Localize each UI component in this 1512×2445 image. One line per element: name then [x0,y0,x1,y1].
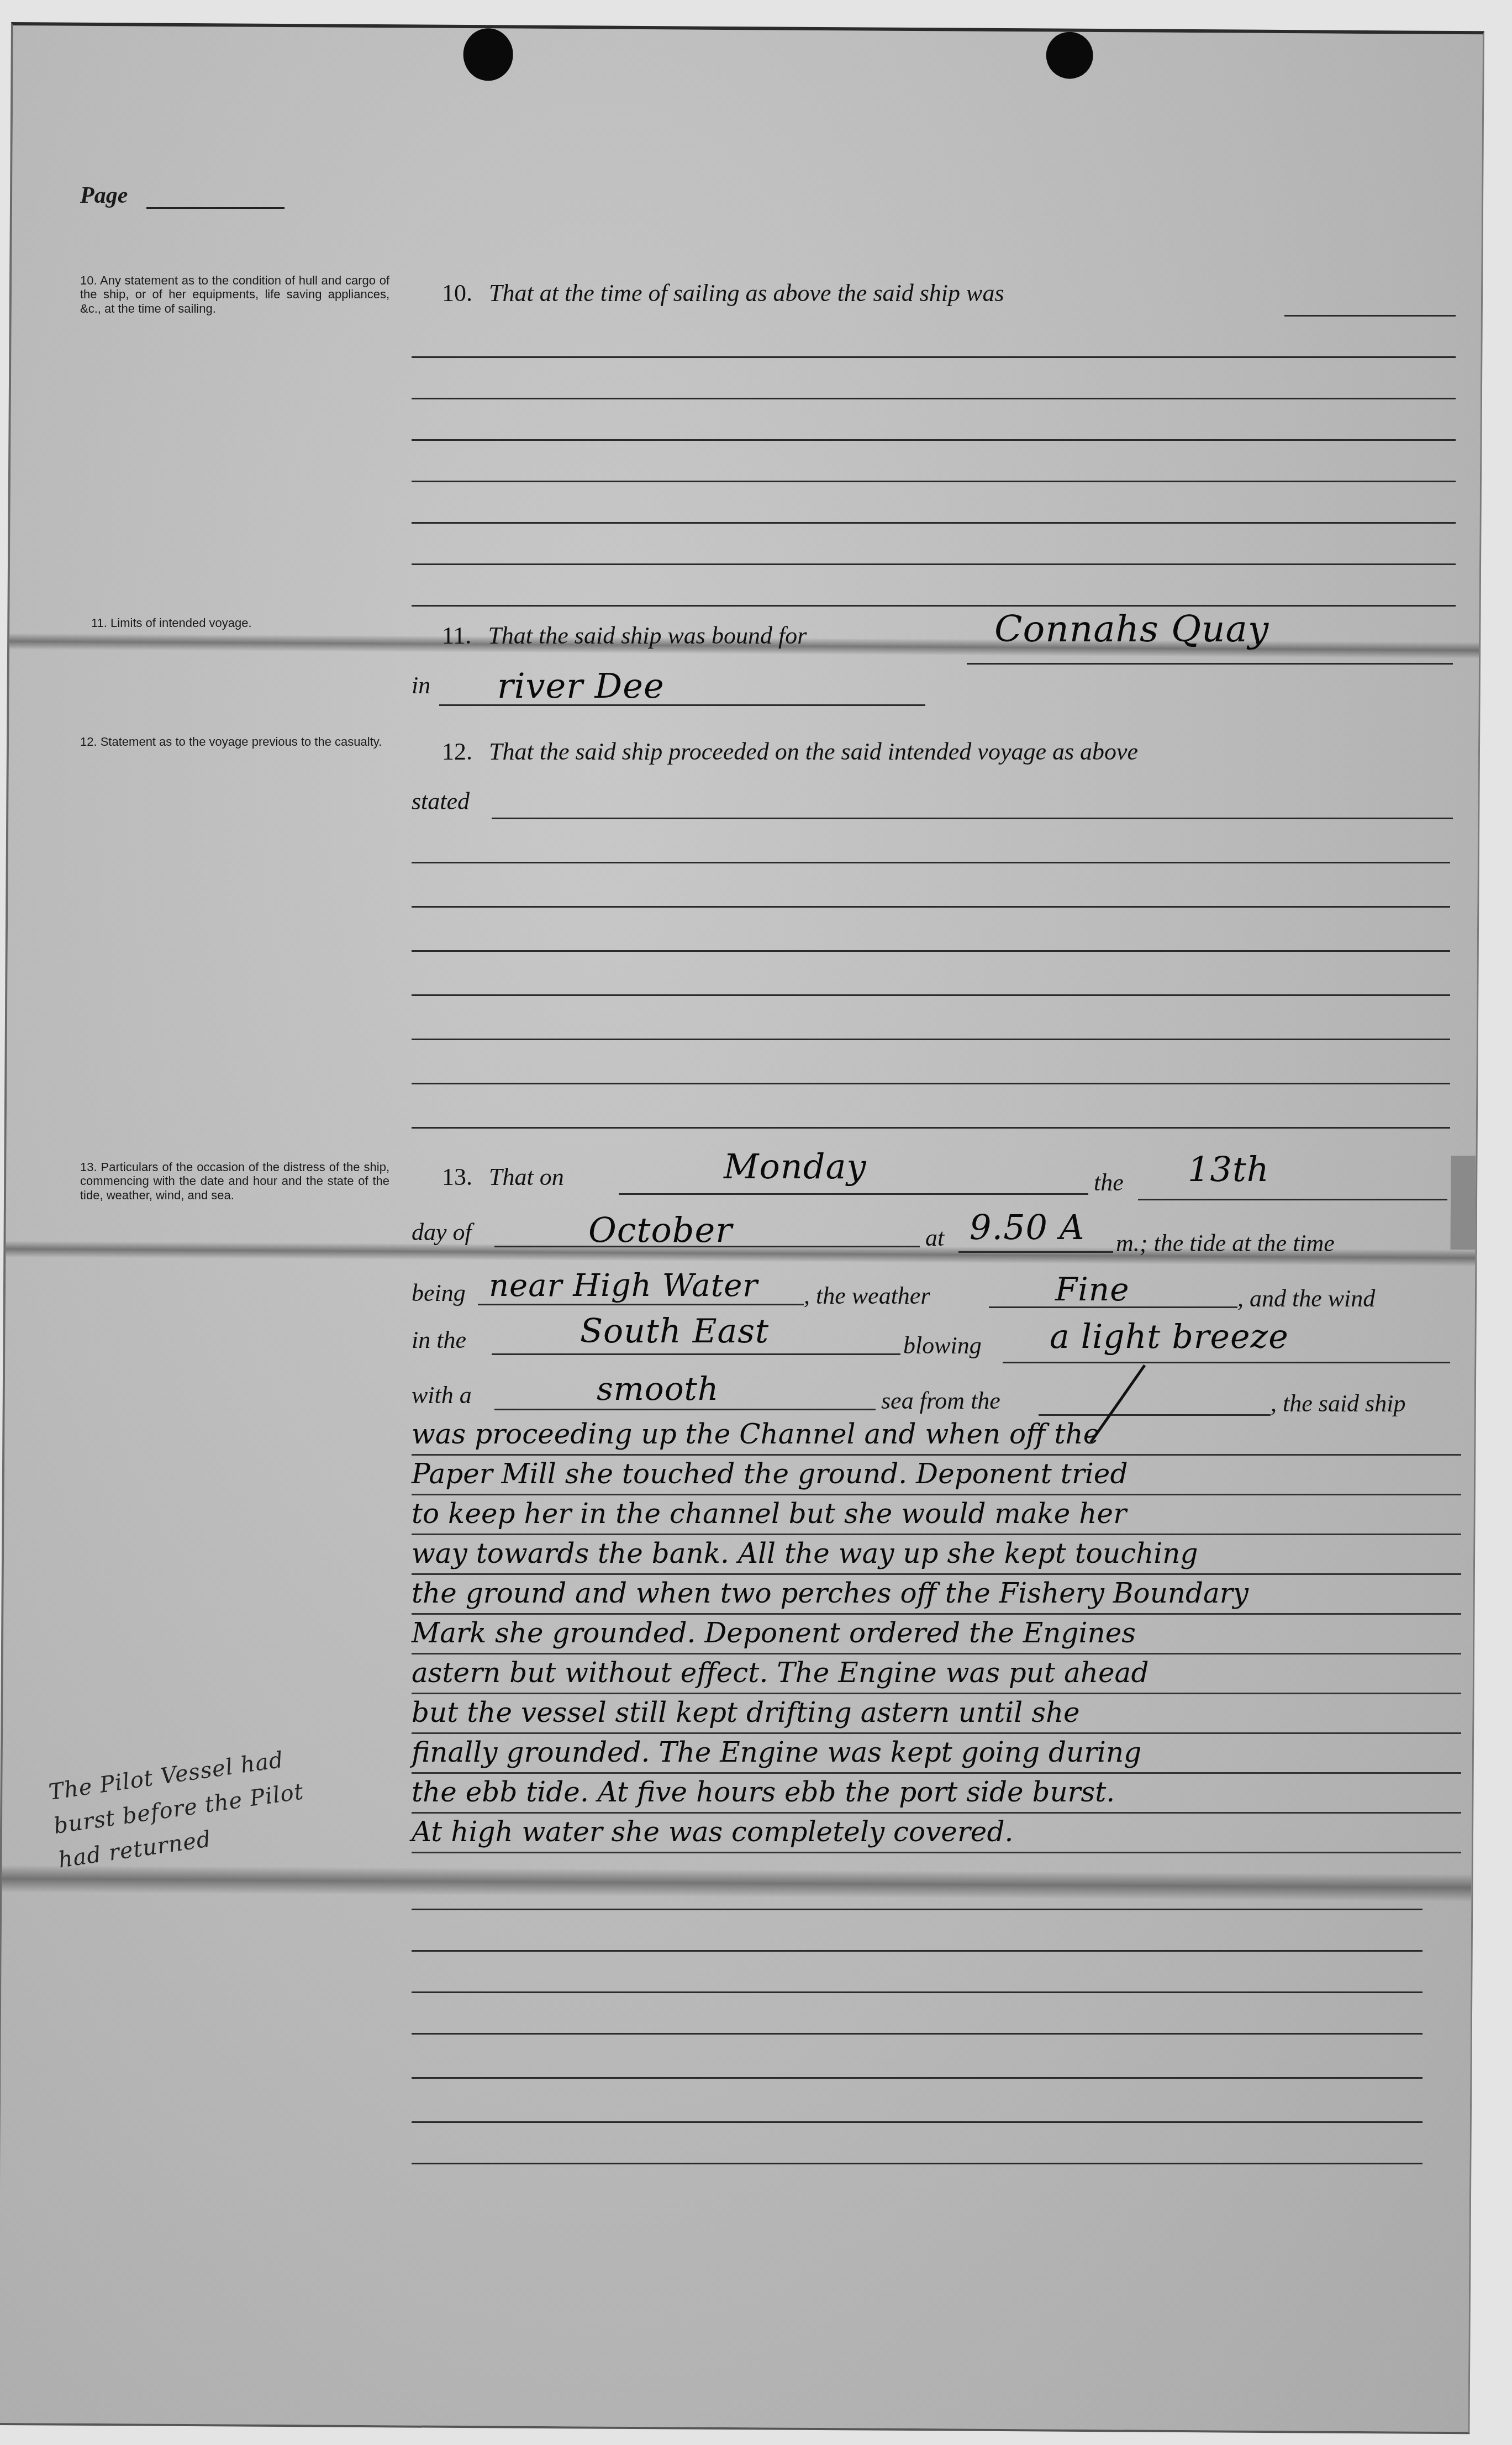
weekday-value: Monday [724,1146,866,1187]
blank-line [412,1909,1423,1910]
blank-line [412,950,1450,952]
margin-note-11: 11. Limits of intended voyage. [91,616,401,630]
fold-crease [2,1865,1471,1901]
page-number-field [146,207,285,209]
wind-strength-field [1003,1362,1450,1363]
blowing-label: blowing [903,1331,982,1359]
blank-line [412,1083,1450,1084]
in-the-label: in the [412,1326,466,1354]
weather-label: , the weather [804,1282,930,1310]
blank-line [412,1991,1423,1993]
weekday-field [619,1193,1088,1195]
wind-direction-value: South East [580,1312,769,1351]
margin-note-13: 13. Particulars of the occasion of the d… [80,1160,389,1202]
weather-field [989,1306,1237,1308]
narrative-line: finally grounded. The Engine was kept go… [412,1732,1461,1774]
margin-note-10: 10. Any statement as to the condition of… [80,273,389,315]
blank-line [412,994,1450,996]
section-13-that-on: 13.That on [442,1163,564,1191]
blank-line [412,1127,1450,1129]
with-a-label: with a [412,1381,472,1409]
narrative-line: Mark she grounded. Deponent ordered the … [412,1613,1461,1654]
narrative-line: was proceeding up the Channel and when o… [412,1414,1461,1456]
time-value: 9.50 A [970,1207,1085,1247]
sea-from-label: sea from the [881,1387,1000,1415]
page-label: Page [80,182,128,209]
section-12-answer-field [492,818,1453,819]
section-10-text: 10.That at the time of sailing as above … [442,279,1004,307]
narrative-line: to keep her in the channel but she would… [412,1494,1461,1535]
weather-value: Fine [1055,1271,1129,1308]
narrative-line: but the vessel still kept drifting aster… [412,1693,1461,1734]
wind-strength-value: a light breeze [1050,1318,1289,1356]
blank-line [412,2163,1423,2164]
blank-line [412,906,1450,908]
location-value: river Dee [497,666,665,706]
month-value: October [588,1210,733,1250]
blank-line [412,862,1450,863]
wind-direction-field [492,1353,900,1355]
tide-label: m.; the tide at the time [1116,1229,1335,1257]
blank-line [412,2077,1423,2079]
month-field [494,1246,920,1247]
punch-hole [463,28,513,81]
destination-field [967,663,1453,665]
said-ship-label: , the said ship [1271,1389,1405,1418]
in-label: in [412,671,430,699]
destination-value: Connahs Quay [994,608,1269,650]
section-11-text: 11.That the said ship was bound for [442,621,807,650]
blank-line [412,398,1456,399]
blank-line [412,439,1456,441]
punch-hole [1046,31,1093,79]
narrative-line: way towards the bank. All the way up she… [412,1534,1461,1575]
blank-line [412,563,1456,565]
sea-field [494,1409,876,1410]
stated-label: stated [412,787,470,815]
blank-line [412,2033,1423,2035]
sea-value: smooth [597,1370,719,1408]
day-of-label: day of [412,1218,472,1246]
blank-line [412,2121,1423,2123]
narrative-line: Paper Mill she touched the ground. Depon… [412,1454,1461,1495]
at-label: at [925,1224,944,1252]
margin-note-12: 12. Statement as to the voyage previous … [80,735,389,749]
blank-line [412,481,1456,482]
tide-value: near High Water [489,1268,758,1304]
narrative-line: the ebb tide. At five hours ebb the port… [412,1772,1461,1814]
blank-line [412,605,1456,607]
wind-label: , and the wind [1237,1284,1375,1313]
blank-line [412,522,1456,524]
paper-tear [1450,1156,1476,1250]
tide-field [478,1304,804,1305]
being-label: being [412,1279,466,1307]
blank-line [412,356,1456,358]
narrative-line: astern but without effect. The Engine wa… [412,1653,1461,1694]
narrative-line: At high water she was completely covered… [412,1812,1461,1853]
the-label: the [1094,1168,1124,1197]
blank-line [412,1039,1450,1040]
narrative-line: the ground and when two perches off the … [412,1573,1461,1615]
location-field [439,704,925,706]
time-field [958,1251,1113,1253]
section-12-text: 12.That the said ship proceeded on the s… [442,737,1138,766]
day-value: 13th [1188,1149,1269,1189]
section-10-answer-field [1284,315,1456,317]
blank-line [412,1950,1423,1952]
day-field [1138,1199,1447,1200]
document-sheet [0,22,1484,2434]
